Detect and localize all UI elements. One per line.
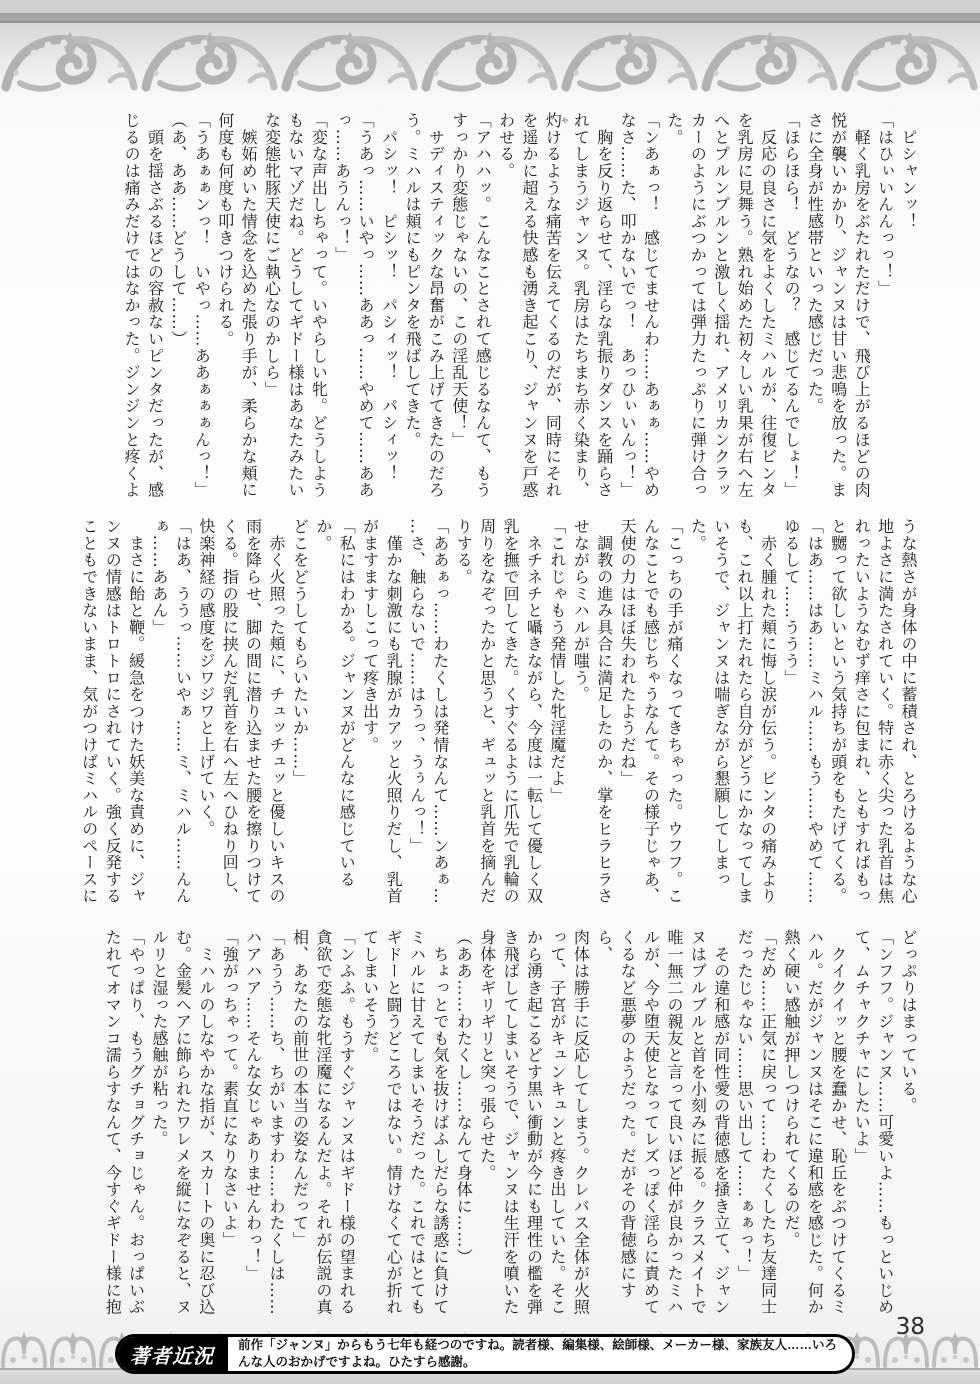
text-column: （あ、ああ……どうして……） [167, 112, 190, 504]
text-column: すっかり変態じゃないの、この淫乱天使！」 [447, 112, 470, 504]
text-column: まさに飴と鞭。緩急をつけた妖美な責めに、ジャ [124, 518, 147, 910]
top-edge-strip [0, 0, 980, 13]
text-column: パシッ！ ピシッ！ パシィッ！ パシィッ！ [377, 112, 400, 504]
text-column: 赤く腫れた頬に悔し涙が伝う。ビンタの痛みより [756, 518, 779, 910]
text-column: がますますしこって疼き出す。 [358, 518, 381, 910]
text-column: 胸を反り返らせて、淫らな乳振りダンスを踊らさ [592, 112, 615, 504]
text-column: て、ムチャクチャにしたいよ」 [850, 929, 873, 1325]
text-column: さに全身が性感帯といった感じだった。 [803, 112, 826, 504]
text-column: 唯一無二の親友と言って良いほど仲が良かったミハ [663, 929, 686, 1325]
text-column: サディスティックな昂奮がこみ上げてきたのだろ [424, 112, 447, 504]
text-column: れてしまうジャンヌ。乳房はたちまち赤く染まり、 [569, 112, 592, 504]
text-column: だったじゃない……思い出して……ぁぁっ！」 [733, 929, 756, 1325]
text-column: れったいようなむず痒さに包まれ、ともすればもっ [850, 518, 873, 910]
text-column: じるのは痛みだけではなかった。ジンジンと疼くよ [120, 112, 143, 504]
text-column: 「ほらほら！ どうなの？ 感じてるんでしょ！」 [780, 112, 803, 504]
text-column: 肉体は勝手に反応してしまう。クレバス全体が火照 [569, 929, 592, 1325]
text-column: たれてオマンコ濡らすなんて、今すぐギドー様に抱 [101, 929, 124, 1325]
text-column: 「はひぃいんんっっ！」 [873, 112, 896, 504]
text-column: 「これじゃもう発情した牝淫魔だよ」 [546, 518, 569, 910]
text-column: ギドーと闘うどころではない。情けなくて心が折れ [382, 929, 405, 1325]
text-column: う。ミハルは頬にもピンタを飛ばしてきた。 [401, 112, 424, 504]
text-column: ハル。だがジャンヌはそこに違和感を感じた。何か [803, 929, 826, 1325]
top-ornament-border [0, 23, 980, 103]
text-column: 赤く火照った頬に、チュッチュッと優しいキスの [265, 518, 288, 910]
text-column: ンヌの情感はトロトロにされていく。強く反発する [101, 518, 124, 910]
text-column: （ああ……わたくし……なんて身体に……） [452, 929, 475, 1325]
text-column: 「うあっ……いやっ……ああっ……やめて……ああ [354, 112, 377, 504]
text-column: って、子宮がキュンキュンと疼き出していた。そこ [546, 929, 569, 1325]
text-column: どっぷりはまっている。 [897, 929, 920, 1325]
text-column: せながらミハルが嗤う。 [569, 518, 592, 910]
text-column: た。 [663, 112, 686, 504]
text-column: ピシャンッ！ [897, 112, 920, 504]
text-column: りする。 [452, 518, 475, 910]
text-column: へとプルンプルンと激しく揺れ、アメリカンクラッ [709, 112, 732, 504]
text-column: き飛ばしてしまいそうで、ジャンヌは生汗を噴いた [499, 929, 522, 1325]
text-column: っ……あうんっ！」 [330, 112, 353, 504]
text-column: 「はあ……はあ……ミハル……もう……やめて…… [803, 518, 826, 910]
book-page: ピシャンッ！「はひぃいんんっっ！」 軽く乳房をぶたれただけで、飛び上がるほどの肉… [0, 0, 980, 1384]
text-column: くるなど悪夢のようだった。だがその背徳感にすら、 [592, 929, 639, 1325]
text-column: …さ、触らないで……はうっ、うぅんっ！」 [405, 518, 428, 910]
text-column: 悦が襲いかかり、ジャンヌは甘い悲鳴を放った。ま [826, 112, 849, 504]
text-column: 「変な声出しちゃって。いやらしい牝。どうしよう [307, 112, 330, 504]
text-column: なさ……た、叩かないでっ！ あっひぃいんっ！」 [616, 112, 639, 504]
text-column: 何度も何度も叩きつけられる。 [213, 112, 236, 504]
text-column: ヌはブルブルと首を小刻みに振る。クラスメイトで [686, 929, 709, 1325]
text-column: 灼やけるような痛苦を伝えてくるのだが、同時にそれ [541, 112, 569, 504]
text-column: 「ああぁっ……わたくしは発情なんて……ンあぁ… [428, 518, 451, 910]
text-band-3: どっぷりはまっている。「ンフフ。ジャンヌ……可愛いよ……もっといじめて、ムチャク… [101, 929, 920, 1325]
text-column: ちょっとでも気を抜けばふしだらな誘惑に負けて [428, 929, 451, 1325]
text-column: くる。指の股に挟んだ乳首を右へ左へひねり回し、 [218, 518, 241, 910]
text-column: 乳を撫で回してきた。くすぐるように爪先で乳輪の [499, 518, 522, 910]
text-column: もないマゾだね。どうしてギドー様はあなたみたい [284, 112, 307, 504]
text-column: ハアハア……そんな女じゃありませんわっ！」 [241, 929, 264, 1325]
top-accent-strip [0, 13, 980, 23]
text-column: ミハルのしなやかな指が、スカートの奥に忍び込 [194, 929, 217, 1325]
text-column: ネチネチと囁きながら、今度は一転して優しく双 [522, 518, 545, 910]
text-column: 軽く乳房をぶたれただけで、飛び上がるほどの肉 [850, 112, 873, 504]
text-column: 「アハハッ。こんなことされて感じるなんて、もう [471, 112, 494, 504]
text-column: 「あうう……ち、ちがいますわ……わたくしは…… [265, 929, 288, 1325]
author-status-label: 著者近況 [118, 1337, 228, 1371]
text-column: 「うあぁぁンっ！ いやっ……ああぁぁぁんっ！」 [190, 112, 213, 504]
text-column: も、これ以上打たれたら自分がどうにかなってしま [733, 518, 756, 910]
text-column: 「こっちの手が痛くなってきちゃった。ウフフ。こ [663, 518, 686, 910]
text-band-2: うな熱さが身体の中に蓄積され、とろけるような心地よさに満たされていく。特に赤く尖… [77, 518, 920, 910]
text-column: ミハルに甘えてしまいそうだった。これではとても [405, 929, 428, 1325]
text-column: 反応の良さに気をよくしたミハルが、往復ビンタ [756, 112, 779, 504]
text-column: を乳房に見舞う。熟れ始めた初々しい乳果が右へ左 [733, 112, 756, 504]
text-column: わせる。 [494, 112, 517, 504]
text-column: いそうで、ジャンヌは喘ぎながら懇願してしまった。 [686, 518, 733, 910]
text-column: 僅かな刺激にも乳腺がカアッと火照りだし、乳首 [382, 518, 405, 910]
text-column: 調教の進み具合に満足したのか、掌をヒラヒラさ [592, 518, 615, 910]
text-column: 身体をギリギリと突っ張らせた。 [475, 929, 498, 1325]
text-column: 「強がっちゃって。素直になりなさいよ」 [218, 929, 241, 1325]
text-column: クイクイッと腰を蠢かせ、恥丘をぶつけてくるミ [826, 929, 849, 1325]
text-column: 相、あなたの前世の本当の姿なんだって」 [288, 929, 311, 1325]
page-number: 38 [896, 1314, 925, 1340]
text-column: 周りをなぞったかと思うと、ギュッと乳首を摘んだ [475, 518, 498, 910]
author-status-comment: 前作「ジャンヌ」からもう七年も経つのですね。読者様、編集様、絵師様、メーカー様、… [228, 1337, 852, 1371]
text-column: 熱く硬い感触が押しつけられてくるのだ。 [780, 929, 803, 1325]
text-column: うな熱さが身体の中に蓄積され、とろけるような心 [897, 518, 920, 910]
text-column: 貪欲で変態な牝淫魔になるんだよ。それが伝説の真 [311, 929, 334, 1325]
text-column: 快楽神経の感度をジワジワと上げていく。 [194, 518, 217, 910]
text-column: 「だめ……正気に戻って……わたくしたち友達同士 [756, 929, 779, 1325]
text-column: カーのようにぶつかっては弾力たっぷりに弾け合っ [686, 112, 709, 504]
text-column: 「はあ、ううっ……いやぁ……ミ、ミハル……んん [171, 518, 194, 910]
text-column: てしまいそうだ。 [358, 929, 381, 1325]
text-column: ぁ……ああん」 [148, 518, 171, 910]
text-column: ゆるして……ううう」 [780, 518, 803, 910]
text-column: 「私にはわかる。ジャンヌがどんなに感じているか。 [311, 518, 358, 910]
text-band-1: ピシャンッ！「はひぃいんんっっ！」 軽く乳房をぶたれただけで、飛び上がるほどの肉… [120, 112, 920, 504]
text-column: 「ンあぁっ！ 感じてませんわ……あぁぁ……やめ [639, 112, 662, 504]
text-column: 頭を揺さぶるほどの容赦ないピンタだったが、感 [143, 112, 166, 504]
text-column: ルが、今や堕天使となってレズっぽく淫らに責めて [639, 929, 662, 1325]
text-column: ルリと湿った感触が粘った。 [148, 929, 171, 1325]
author-status-note: 著者近況 前作「ジャンヌ」からもう七年も経つのですね。読者様、編集様、絵師様、メ… [115, 1334, 855, 1374]
text-column: こともできないまま、気がつけばミハルのペースに [77, 518, 100, 910]
text-column: 嫉妬めいた情念を込めた張り手が、柔らかな頬に [237, 112, 260, 504]
text-column: 「ンふふ。もうすぐジャンヌはギドー様の望まれる [335, 929, 358, 1325]
text-column: その違和感が同性愛の背徳感を掻き立て、ジャン [709, 929, 732, 1325]
text-column: と嬲って欲しいという気持ちが頭をもたげてくる。 [826, 518, 849, 910]
filigree-pattern-icon [0, 23, 980, 103]
text-column: 天使の力はほぼ失われたようだね」 [616, 518, 639, 910]
text-column: から湧き起こるどす黒い衝動が今にも理性の檻を弾 [522, 929, 545, 1325]
text-column: 雨を降らせ、脚の間に潜り込ませた腰を擦りつけて [241, 518, 264, 910]
text-column: どこをどうしてもらいたいか……」 [288, 518, 311, 910]
text-column: 地よさに満たされていく。特に赤く尖った乳首は焦 [873, 518, 896, 910]
text-column: な変態牝豚天使にご執心なのかしら」 [260, 112, 283, 504]
text-column: を遥かに超える快感も湧き起こり、ジャンヌを戸惑 [518, 112, 541, 504]
text-column: 「ンフフ。ジャンヌ……可愛いよ……もっといじめ [873, 929, 896, 1325]
text-column: む。金髪ヘアに飾られたワレメを縦になぞると、ヌ [171, 929, 194, 1325]
text-column: 「やっぱり、もうグチョグチョじゃん。おっぱいぶ [124, 929, 147, 1325]
text-column: んなことでも感じちゃうなんて。その様子じゃあ、 [639, 518, 662, 910]
